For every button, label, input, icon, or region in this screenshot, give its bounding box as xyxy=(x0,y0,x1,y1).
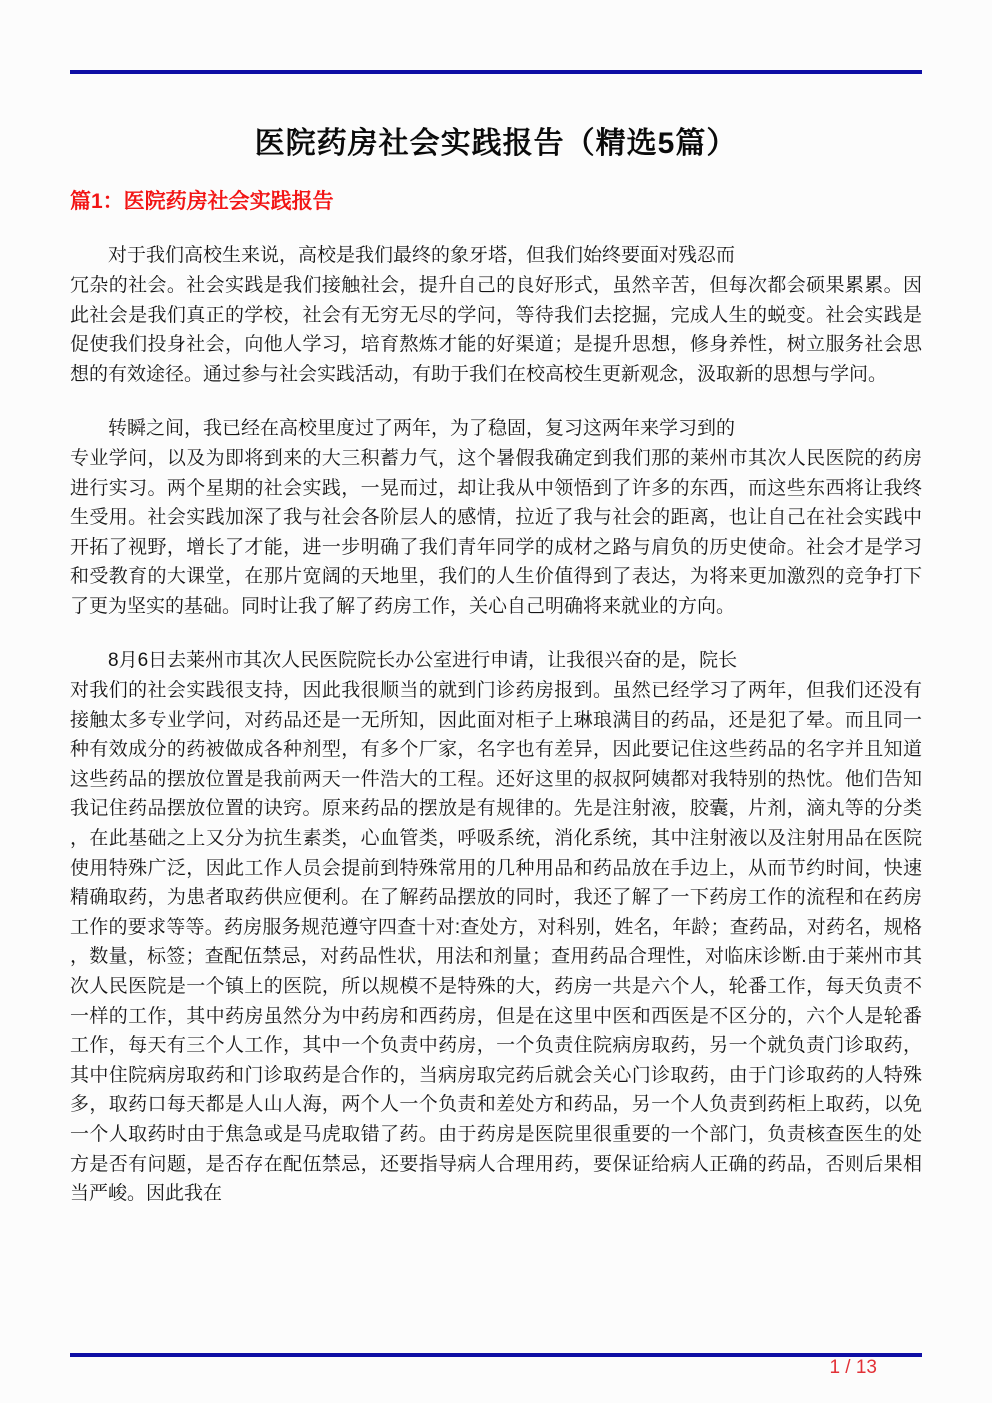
body-paragraph-1: 对于我们高校生来说，高校是我们最终的象牙塔，但我们始终要面对残忍而 冗杂的社会。… xyxy=(70,241,922,389)
body-paragraph-3: 8月6日去莱州市其次人民医院院长办公室进行申请，让我很兴奋的是，院长 对我们的社… xyxy=(70,646,922,1208)
page-number: 1 / 13 xyxy=(829,1357,877,1379)
footer-divider-line xyxy=(70,1353,922,1357)
document-title: 医院药房社会实践报告（精选5篇） xyxy=(70,124,922,163)
body-paragraph-2: 转瞬之间，我已经在高校里度过了两年，为了稳固，复习这两年来学习到的 专业学问，以… xyxy=(70,414,922,621)
document-content: 医院药房社会实践报告（精选5篇） 篇1：医院药房社会实践报告 对于我们高校生来说… xyxy=(70,0,922,1209)
section-heading: 篇1：医院药房社会实践报告 xyxy=(70,188,922,216)
document-page: 医院药房社会实践报告（精选5篇） 篇1：医院药房社会实践报告 对于我们高校生来说… xyxy=(0,0,992,1403)
